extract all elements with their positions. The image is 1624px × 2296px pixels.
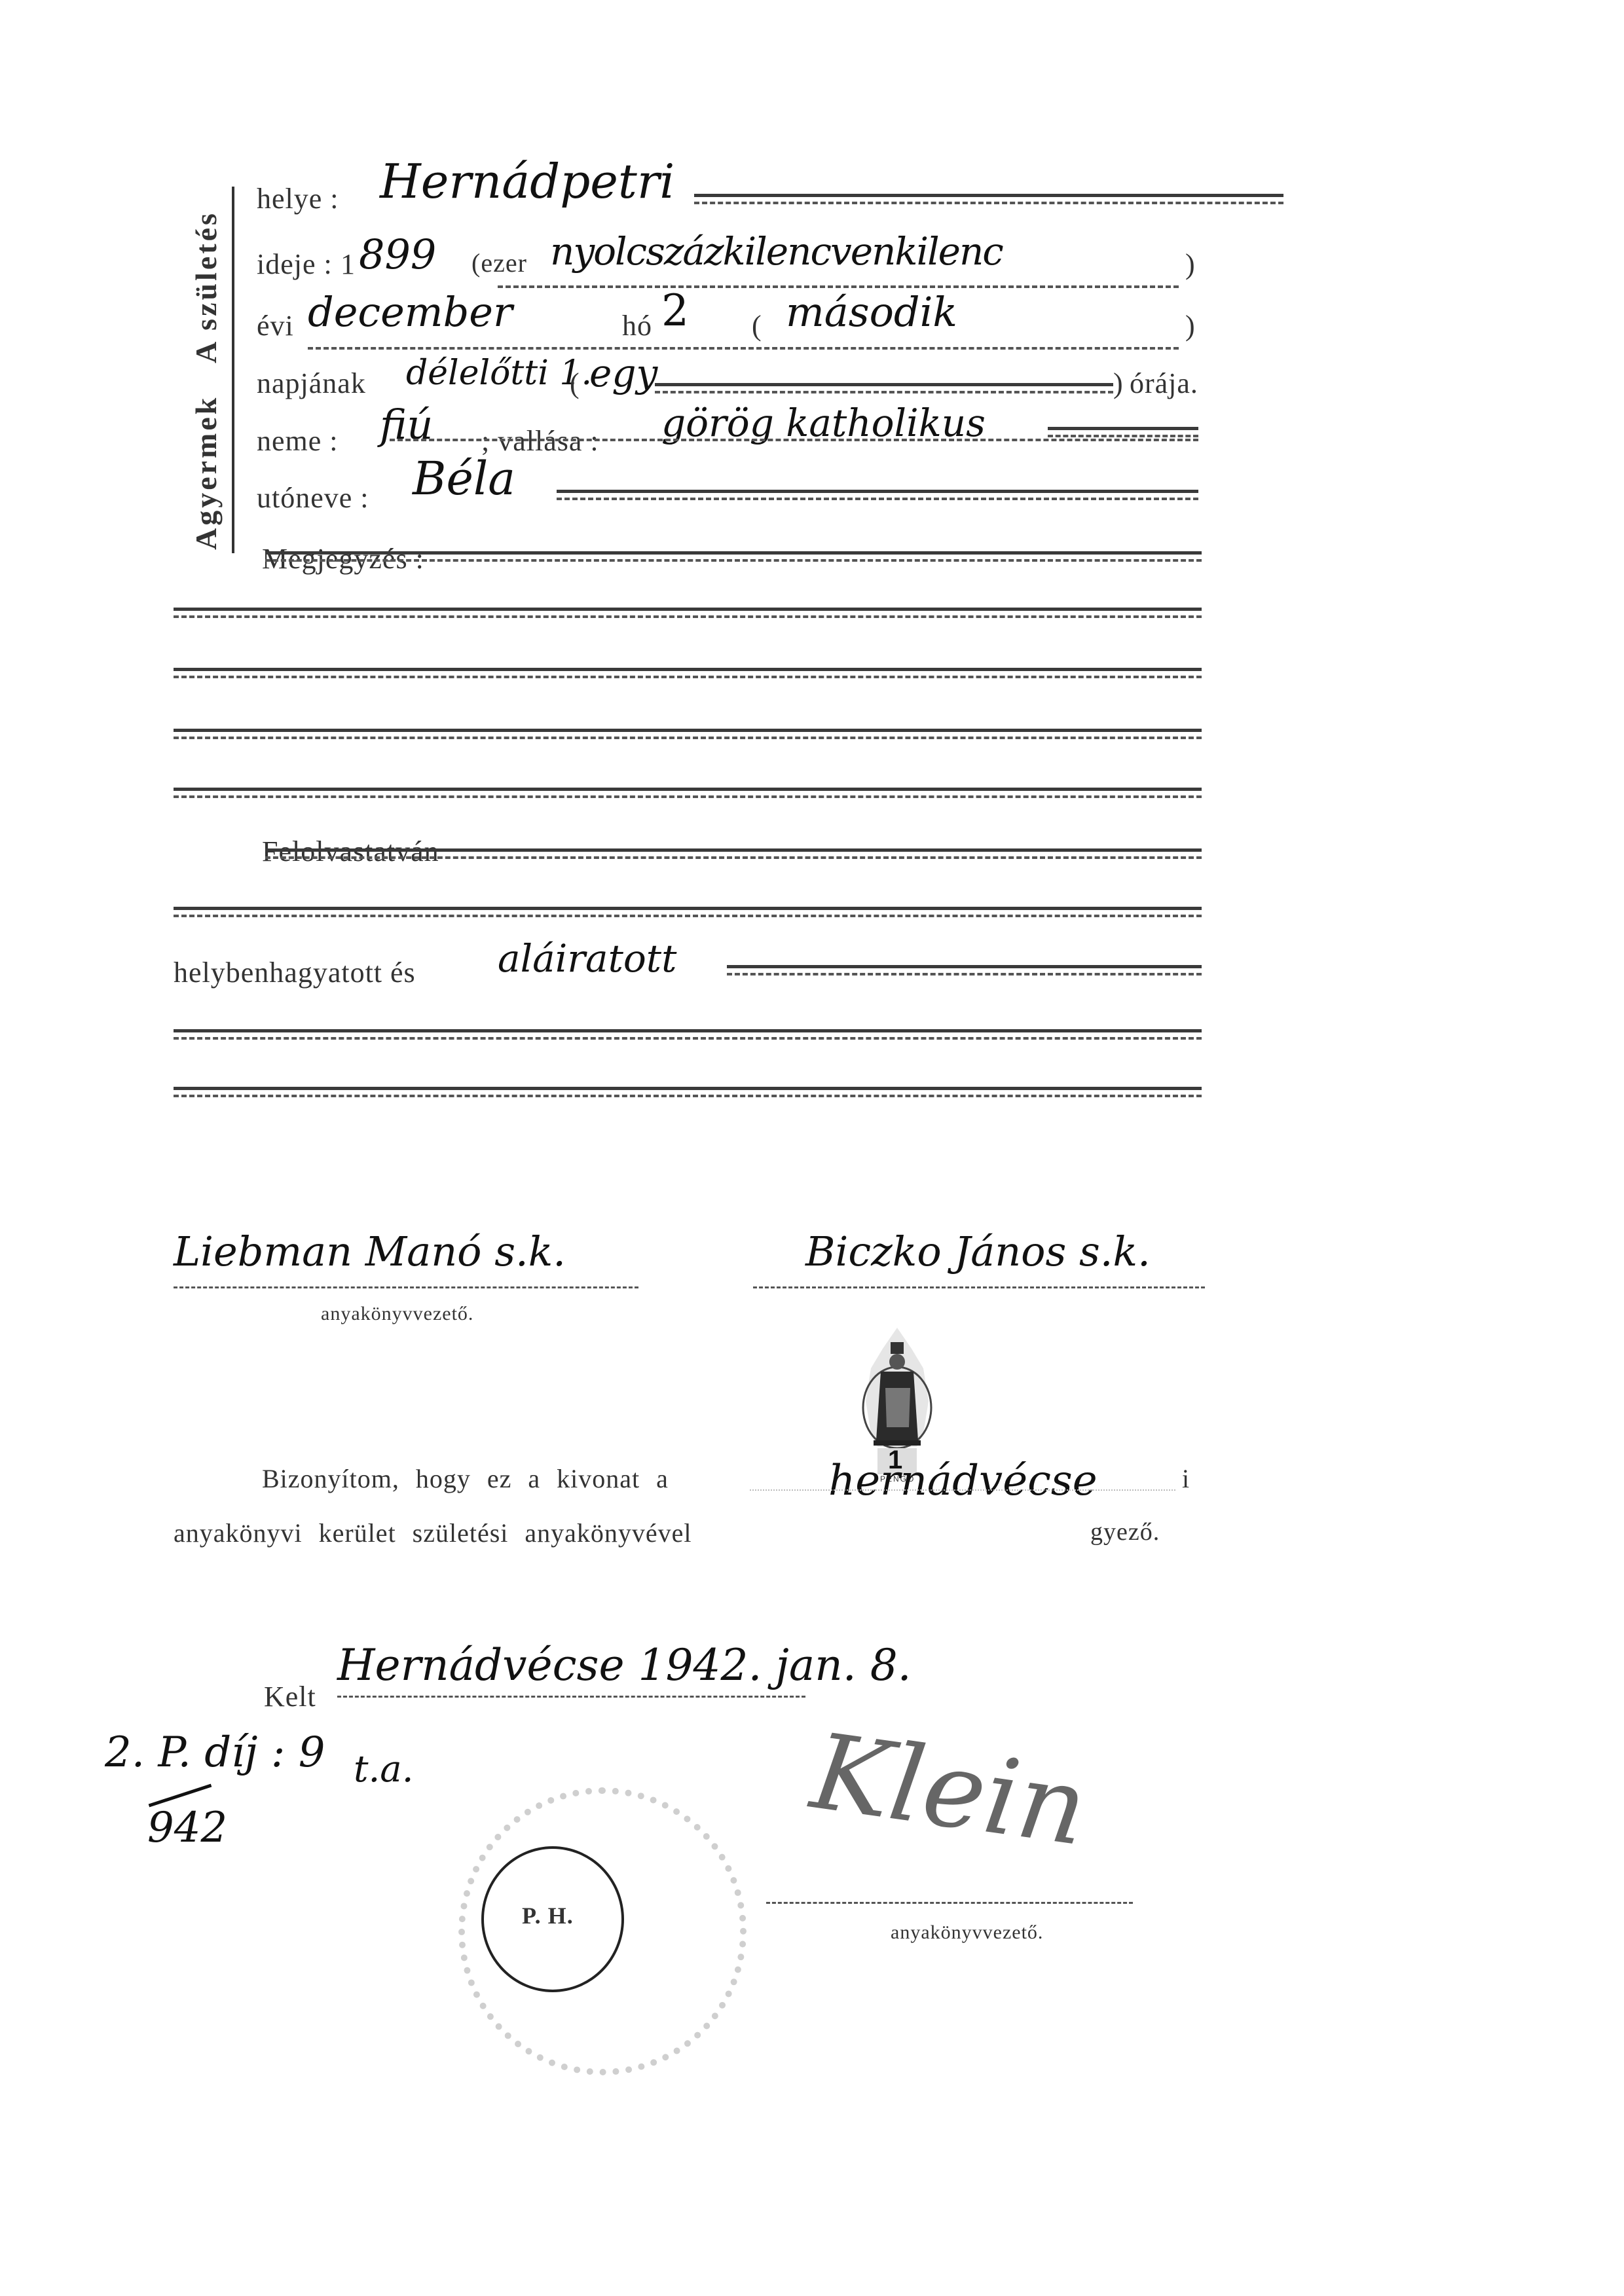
signature-left: Liebman Manó s.k. <box>174 1228 566 1275</box>
seal-label: P. H. <box>522 1902 574 1929</box>
certification-district: hernádvécse <box>828 1457 1098 1505</box>
field-line-napjanak <box>655 383 1113 396</box>
day-words-close: ) <box>1185 309 1196 342</box>
hour-words-open: ( <box>570 367 580 400</box>
day-words-open: ( <box>752 309 762 342</box>
signature-right: Biczko János s.k. <box>805 1228 1151 1275</box>
year-words-open: (ezer <box>471 247 527 278</box>
year-words-close: ) <box>1185 247 1196 281</box>
field-label-evi: évi <box>257 309 294 342</box>
oraja-label: órája. <box>1130 367 1198 400</box>
field-label-helye: helye : <box>257 182 339 215</box>
fee-note-line1: 2. P. díj : 9 <box>105 1728 325 1777</box>
registrar-title: anyakönyvvezető. <box>891 1922 1043 1944</box>
side-label-part2: A születés <box>189 211 223 363</box>
field-value-neme: fiú <box>380 401 433 448</box>
felolvastatvan-line <box>265 848 1202 862</box>
notes-line-5 <box>174 788 1202 801</box>
field-label-neme: neme : <box>257 424 339 458</box>
felolvastatvan-line-2 <box>174 907 1202 920</box>
field-value-time: délelőtti 1. <box>406 354 592 393</box>
side-label-birth: A születés <box>189 211 223 363</box>
field-value-helye: Hernádpetri <box>380 154 674 209</box>
registrar-signature: Klein <box>805 1710 1094 1870</box>
field-line-neme-dotted <box>390 439 1198 441</box>
kelt-label: Kelt <box>264 1680 316 1713</box>
field-line-evi <box>308 347 1179 350</box>
field-value-year-words: nyolcszázkilencvenkilenc <box>550 229 1003 274</box>
hour-words-close: ) <box>1113 367 1124 400</box>
field-value-day-words: második <box>786 288 957 336</box>
notes-line-4 <box>174 729 1202 742</box>
field-value-day: 2 <box>661 285 689 336</box>
fee-note-suffix: t.a. <box>354 1748 414 1791</box>
field-label-napjanak: napjának <box>257 367 366 400</box>
kelt-line <box>337 1696 805 1698</box>
field-line-utoneve <box>557 490 1198 503</box>
signature-left-title: anyakönyvvezető. <box>321 1303 473 1325</box>
notes-line-1 <box>265 551 1202 564</box>
year-prefix: 1 <box>341 247 356 281</box>
field-label-ideje: ideje : <box>257 247 333 281</box>
blank-line-1 <box>174 1029 1202 1042</box>
fee-note-line2: 942 <box>147 1804 227 1852</box>
certification-line2-end: gyező. <box>1090 1518 1160 1546</box>
certification-line2: anyakönyvi kerület születési anyakönyvév… <box>174 1518 692 1548</box>
signature-right-line <box>753 1286 1205 1288</box>
field-label-utoneve: utóneve : <box>257 481 369 515</box>
month-label-ho: hó <box>622 309 652 342</box>
field-value-year: 899 <box>359 230 436 278</box>
field-value-utoneve: Béla <box>413 452 515 505</box>
side-label-part1: Agyermek <box>189 395 223 550</box>
kelt-value: Hernádvécse 1942. jan. 8. <box>337 1640 912 1690</box>
certification-line1: Bizonyítom, hogy ez a kivonat a <box>262 1463 669 1494</box>
helybenhagyatott-label: helybenhagyatott és <box>174 956 416 989</box>
certification-line1-end: i <box>1182 1463 1190 1494</box>
signature-left-line <box>174 1286 638 1288</box>
side-label-child: Agyermek <box>189 395 223 550</box>
notes-line-2 <box>174 608 1202 621</box>
helybenhagyatott-value: aláiratott <box>498 936 676 981</box>
helybenhagyatott-line <box>727 965 1202 978</box>
bracket-bar <box>232 187 234 553</box>
notes-line-3 <box>174 668 1202 681</box>
blank-line-2 <box>174 1087 1202 1100</box>
field-line-helye <box>694 194 1283 207</box>
registrar-line <box>766 1902 1133 1904</box>
field-value-hour-words: egy <box>589 351 657 395</box>
field-value-month: december <box>308 288 513 336</box>
field-line-neme <box>1048 427 1198 440</box>
certification-line1-blank <box>750 1489 1175 1491</box>
